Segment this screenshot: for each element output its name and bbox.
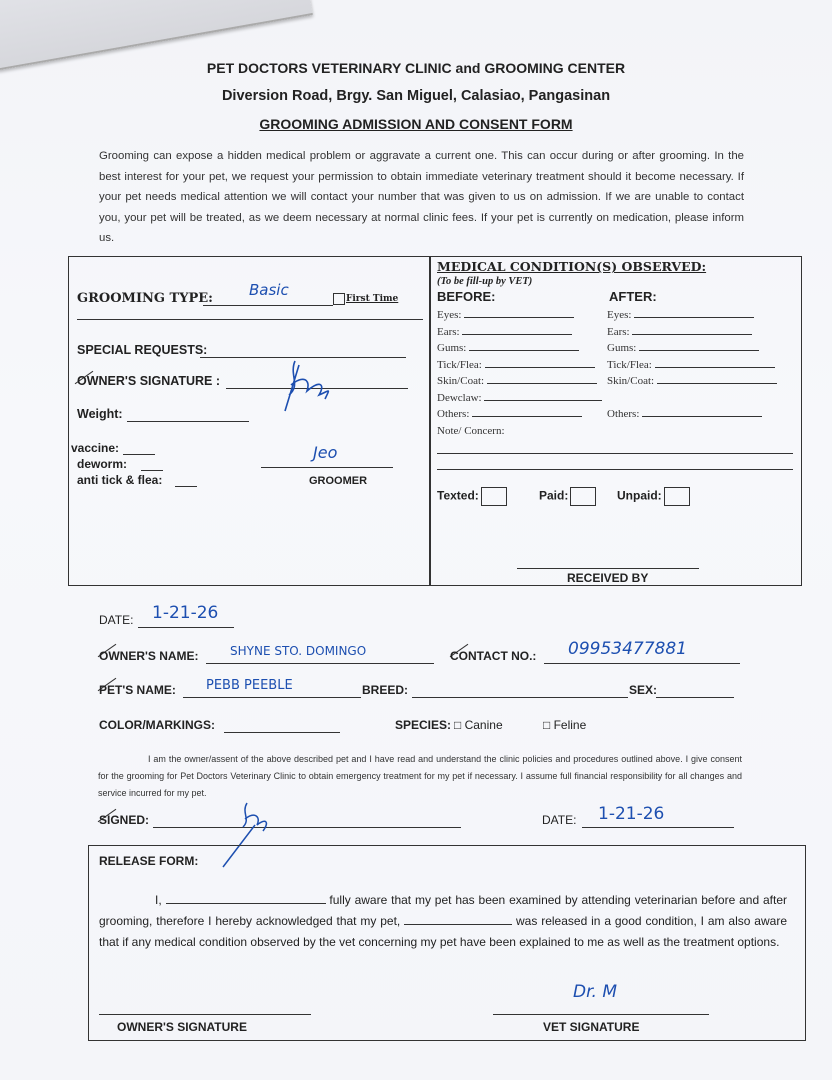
- vaccine-field[interactable]: [123, 454, 155, 455]
- unpaid-label: Unpaid:: [617, 489, 662, 503]
- sex-field[interactable]: [656, 697, 734, 698]
- release-owner-signature-field[interactable]: [99, 1014, 311, 1015]
- owner-name-field[interactable]: [206, 663, 434, 664]
- anti-tick-flea-field[interactable]: [175, 486, 197, 487]
- checkbox-icon: □: [454, 718, 465, 732]
- pet-name-field[interactable]: [183, 697, 361, 698]
- consent-date-field[interactable]: [582, 827, 734, 828]
- after-field-row[interactable]: Gums:: [607, 342, 759, 354]
- special-requests-label: SPECIAL REQUESTS:: [77, 343, 207, 357]
- grooming-type-extra-line[interactable]: [77, 319, 423, 320]
- after-field-row[interactable]: Eyes:: [607, 309, 754, 321]
- grooming-type-label: GROOMING TYPE:: [77, 291, 213, 306]
- release-form-box: RELEASE FORM: I, fully aware that my pet…: [88, 845, 806, 1041]
- form-title: GROOMING ADMISSION AND CONSENT FORM: [0, 116, 832, 132]
- first-time-label: First Time: [346, 294, 398, 304]
- color-markings-field[interactable]: [224, 732, 340, 733]
- deworm-field[interactable]: [141, 470, 163, 471]
- consent-paragraph: I am the owner/assent of the above descr…: [98, 751, 742, 802]
- signed-label: SIGNED:: [99, 813, 149, 827]
- after-field-row[interactable]: Ears:: [607, 326, 752, 338]
- before-field-row[interactable]: Eyes:: [437, 309, 574, 321]
- pet-name-label: PET'S NAME:: [99, 683, 176, 697]
- after-field-row[interactable]: Others:: [607, 408, 762, 420]
- contact-label: CONTACT NO.:: [450, 649, 536, 663]
- unpaid-checkbox[interactable]: [664, 487, 690, 506]
- before-heading: BEFORE:: [437, 289, 496, 304]
- paid-checkbox[interactable]: [570, 487, 596, 506]
- species-option-feline[interactable]: □ Feline: [543, 718, 586, 732]
- release-owner-signature-label: OWNER'S SIGNATURE: [117, 1020, 247, 1034]
- consent-date-value: 1-21-26: [598, 804, 664, 824]
- before-field-row[interactable]: Others:: [437, 408, 582, 420]
- groomer-field[interactable]: [261, 467, 393, 468]
- grooming-type-field[interactable]: [203, 305, 333, 306]
- clinic-address: Diversion Road, Brgy. San Miguel, Calasi…: [0, 88, 832, 104]
- groomer-label: GROOMER: [309, 475, 367, 487]
- owner-signature-scribble: [281, 355, 341, 415]
- medical-subtitle: (To be fill-up by VET): [437, 276, 532, 287]
- owner-signature-label: OWNER'S SIGNATURE :: [77, 374, 220, 388]
- paid-group: Paid:: [539, 487, 596, 506]
- contact-field[interactable]: [544, 663, 740, 664]
- breed-label: BREED:: [362, 683, 408, 697]
- species-option-canine[interactable]: □ Canine: [454, 718, 503, 732]
- vaccine-label: vaccine:: [71, 441, 119, 455]
- before-field-row[interactable]: Tick/Flea:: [437, 359, 595, 371]
- species-label: SPECIES:: [395, 718, 451, 732]
- note-line-2[interactable]: [437, 469, 793, 470]
- after-field-row[interactable]: Skin/Coat:: [607, 375, 777, 387]
- before-field-row[interactable]: Skin/Coat:: [437, 375, 597, 387]
- texted-label: Texted:: [437, 489, 479, 503]
- medical-title: MEDICAL CONDITION(S) OBSERVED:: [437, 259, 706, 274]
- owner-name-value: SHYNE STO. DOMINGO: [230, 644, 366, 658]
- unpaid-group: Unpaid:: [617, 487, 690, 506]
- breed-field[interactable]: [412, 697, 628, 698]
- date-label: DATE:: [99, 613, 133, 627]
- signed-field[interactable]: [153, 827, 461, 828]
- before-field-row[interactable]: Ears:: [437, 326, 572, 338]
- color-markings-label: COLOR/MARKINGS:: [99, 718, 215, 732]
- release-pet-name-field[interactable]: [404, 924, 512, 925]
- intro-paragraph: Grooming can expose a hidden medical pro…: [99, 146, 744, 249]
- medical-conditions-box: MEDICAL CONDITION(S) OBSERVED: (To be fi…: [430, 256, 802, 586]
- before-field-row[interactable]: Gums:: [437, 342, 579, 354]
- date-value: 1-21-26: [152, 603, 218, 623]
- sex-label: SEX:: [629, 683, 657, 697]
- note-concern-label: Note/ Concern:: [437, 425, 505, 437]
- owner-name-label: OWNER'S NAME:: [99, 649, 199, 663]
- note-line-1[interactable]: [437, 453, 793, 454]
- before-field-row[interactable]: Dewclaw:: [437, 392, 602, 404]
- vet-signature-value: Dr. M: [573, 982, 617, 1002]
- release-title: RELEASE FORM:: [99, 854, 198, 868]
- release-owner-name-field[interactable]: [166, 903, 326, 904]
- weight-label: Weight:: [77, 407, 123, 421]
- grooming-info-box: GROOMING TYPE: Basic First Time SPECIAL …: [68, 256, 430, 586]
- date-field[interactable]: [138, 627, 234, 628]
- deworm-label: deworm:: [77, 457, 127, 471]
- after-heading: AFTER:: [609, 289, 657, 304]
- first-time-checkbox[interactable]: [333, 293, 345, 305]
- contact-value: 09953477881: [568, 639, 687, 659]
- vet-signature-field[interactable]: [493, 1014, 709, 1015]
- clinic-name: PET DOCTORS VETERINARY CLINIC and GROOMI…: [0, 60, 832, 76]
- texted-group: Texted:: [437, 487, 507, 506]
- groomer-value: Jeo: [313, 443, 337, 462]
- vet-signature-label: VET SIGNATURE: [543, 1020, 639, 1034]
- release-paragraph: I, fully aware that my pet has been exam…: [99, 890, 787, 953]
- pet-name-value: PEBB PEEBLE: [206, 678, 293, 693]
- weight-field[interactable]: [127, 421, 249, 422]
- checkbox-icon: □: [543, 718, 554, 732]
- received-by-field[interactable]: [517, 568, 699, 569]
- after-field-row[interactable]: Tick/Flea:: [607, 359, 775, 371]
- anti-tick-flea-label: anti tick & flea:: [77, 473, 162, 487]
- paid-label: Paid:: [539, 489, 568, 503]
- received-by-label: RECEIVED BY: [567, 571, 648, 585]
- consent-date-label: DATE:: [542, 813, 576, 827]
- grooming-type-value: Basic: [249, 281, 289, 299]
- texted-checkbox[interactable]: [481, 487, 507, 506]
